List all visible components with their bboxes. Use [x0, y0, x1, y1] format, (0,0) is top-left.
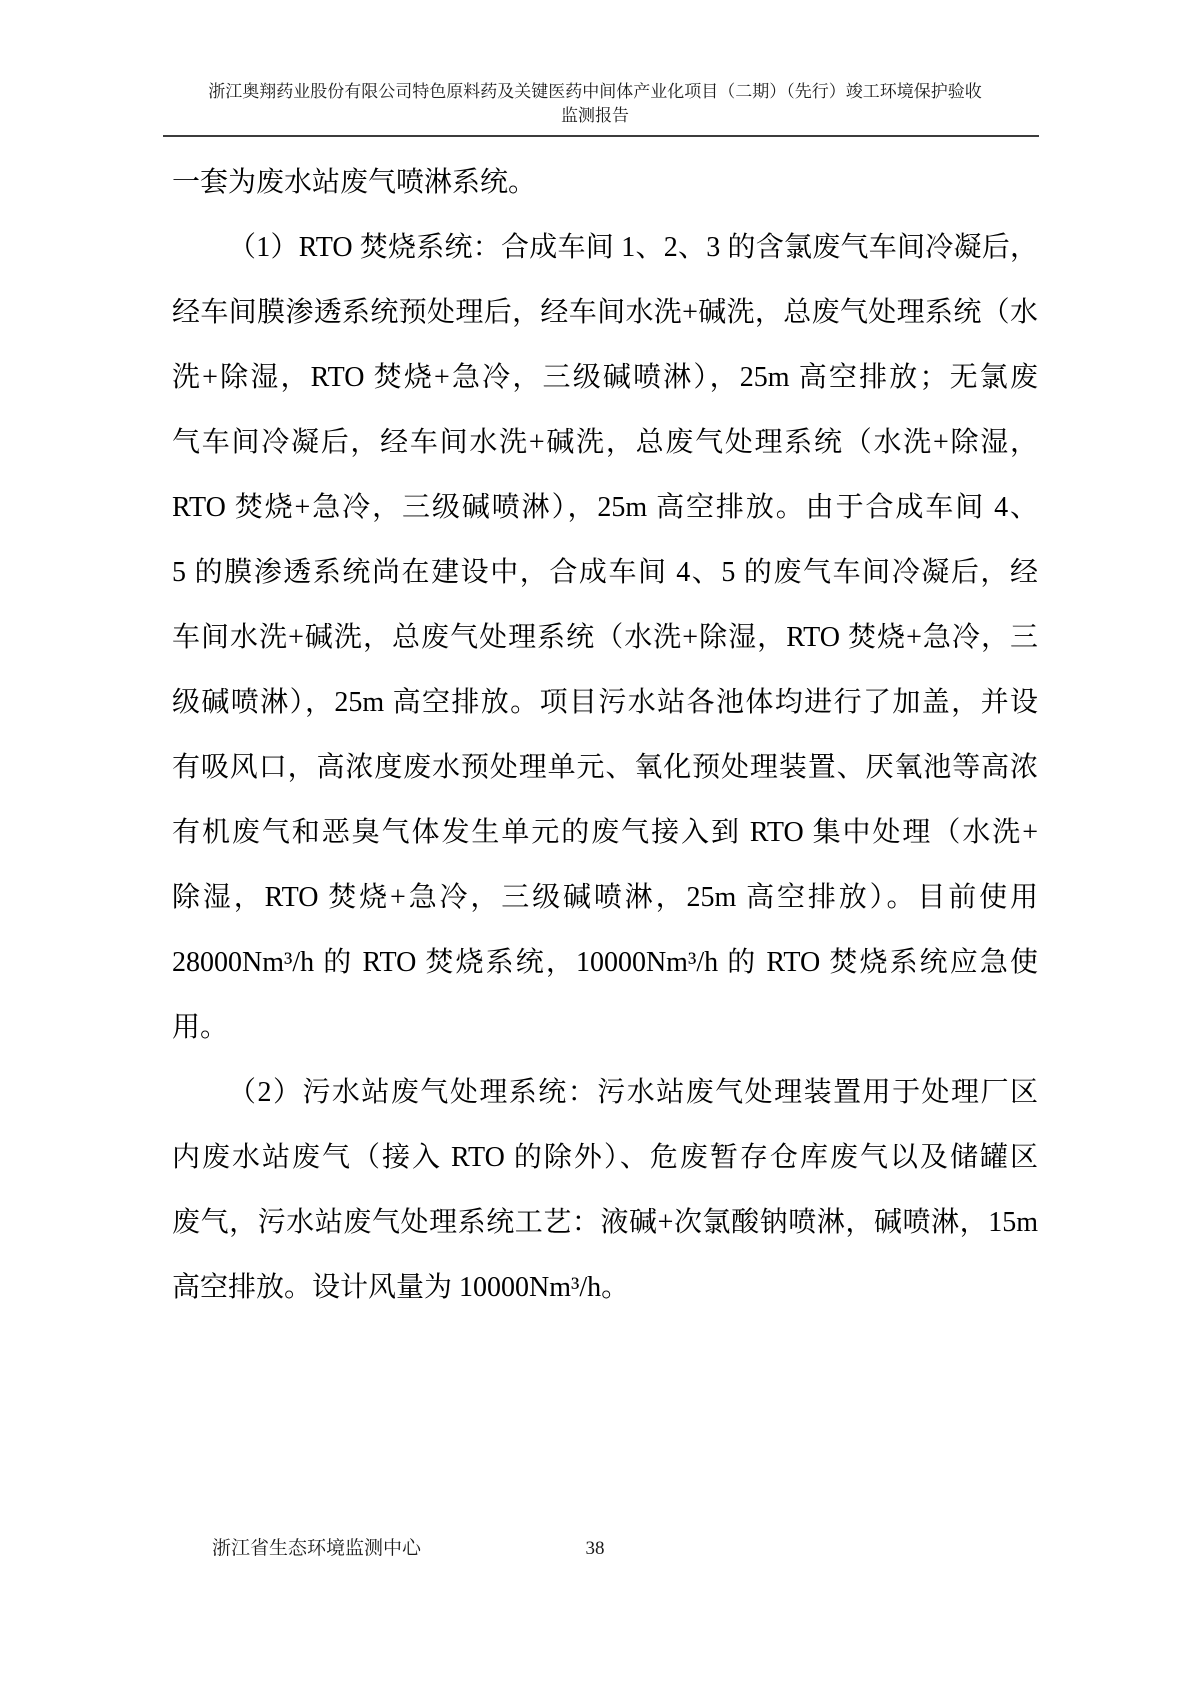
body-line-1: 一套为废水站废气喷淋系统。: [172, 150, 1038, 215]
body-line-17: 废气，污水站废气处理系统工艺：液碱+次氯酸钠喷淋，碱喷淋，15m: [172, 1190, 1038, 1255]
page-header: 浙江奥翔药业股份有限公司特色原料药及关键医药中间体产业化项目（二期）（先行）竣工…: [152, 80, 1038, 128]
body-line-16: 内废水站废气（接入 RTO 的除外）、危废暂存仓库废气以及储罐区: [172, 1125, 1038, 1190]
body-line-6: RTO 焚烧+急冷，三级碱喷淋），25m 高空排放。由于合成车间 4、: [172, 475, 1038, 540]
page-number: 38: [0, 1537, 1190, 1561]
document-body: 一套为废水站废气喷淋系统。 （1）RTO 焚烧系统：合成车间 1、2、3 的含氯…: [172, 150, 1038, 1320]
body-line-7: 5 的膜渗透系统尚在建设中，合成车间 4、5 的废气车间冷凝后，经: [172, 540, 1038, 605]
body-line-10: 有吸风口，高浓度废水预处理单元、氧化预处理装置、厌氧池等高浓: [172, 735, 1038, 800]
document-page: 浙江奥翔药业股份有限公司特色原料药及关键医药中间体产业化项目（二期）（先行）竣工…: [0, 0, 1190, 1683]
header-title-line-2: 监测报告: [152, 104, 1038, 128]
body-line-13: 28000Nm³/h 的 RTO 焚烧系统，10000Nm³/h 的 RTO 焚…: [172, 930, 1038, 995]
body-line-14: 用。: [172, 995, 1038, 1060]
body-line-15: （2）污水站废气处理系统：污水站废气处理装置用于处理厂区: [172, 1060, 1038, 1125]
body-line-3: 经车间膜渗透系统预处理后，经车间水洗+碱洗，总废气处理系统（水: [172, 280, 1038, 345]
header-divider: [163, 135, 1039, 137]
body-line-2: （1）RTO 焚烧系统：合成车间 1、2、3 的含氯废气车间冷凝后，: [172, 215, 1038, 280]
body-line-12: 除湿，RTO 焚烧+急冷，三级碱喷淋，25m 高空排放）。目前使用: [172, 865, 1038, 930]
body-line-11: 有机废气和恶臭气体发生单元的废气接入到 RTO 集中处理（水洗+: [172, 800, 1038, 865]
header-title-line-1: 浙江奥翔药业股份有限公司特色原料药及关键医药中间体产业化项目（二期）（先行）竣工…: [152, 80, 1038, 104]
body-line-4: 洗+除湿，RTO 焚烧+急冷，三级碱喷淋），25m 高空排放；无氯废: [172, 345, 1038, 410]
body-line-5: 气车间冷凝后，经车间水洗+碱洗，总废气处理系统（水洗+除湿，: [172, 410, 1038, 475]
body-line-18: 高空排放。设计风量为 10000Nm³/h。: [172, 1255, 1038, 1320]
body-line-9: 级碱喷淋），25m 高空排放。项目污水站各池体均进行了加盖，并设: [172, 670, 1038, 735]
body-line-8: 车间水洗+碱洗，总废气处理系统（水洗+除湿，RTO 焚烧+急冷，三: [172, 605, 1038, 670]
